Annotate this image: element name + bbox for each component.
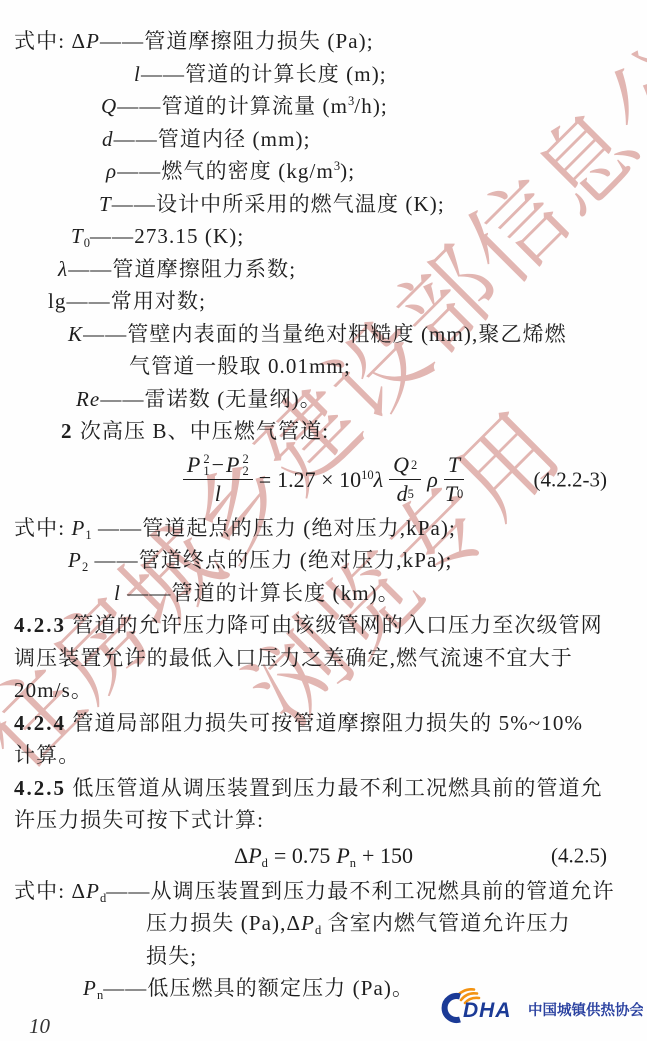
text-line: 4.2.4 管道局部阻力损失可按管道摩擦阻力损失的 5%~10% <box>6 707 641 740</box>
text-segment: ——管道终点的压力 (绝对压力,kPa); <box>88 548 452 572</box>
text-line: d——管道内径 (mm); <box>6 123 641 156</box>
subscript: 1 <box>203 465 209 477</box>
variable: P <box>248 843 261 868</box>
text-segment: 式中: <box>14 516 71 540</box>
text-line: λ——管道摩擦阻力系数; <box>6 253 641 286</box>
pn-term: Pn <box>336 843 356 869</box>
text-line: Q——管道的计算流量 (m3/h); <box>6 90 641 123</box>
text-segment: ——管道内径 (mm); <box>114 127 311 151</box>
pressure-fraction: P21 − P22 l <box>183 452 253 507</box>
variable: λ <box>58 257 68 281</box>
formula-expression: ΔPd = 0.75 Pn + 150 <box>234 843 413 869</box>
text-segment: ); <box>340 159 355 183</box>
text-segment: 含室内燃气管道允许压力 <box>321 911 570 935</box>
variable: T <box>448 452 460 478</box>
variable: K <box>68 322 83 346</box>
symbol-definition-block-3: 式中: ΔPd——从调压装置到压力最不利工况燃具前的管道允许压力损失 (Pa),… <box>6 875 641 1005</box>
text-segment: ——设计中所采用的燃气温度 (K); <box>112 192 445 216</box>
variable: P <box>226 452 239 478</box>
text-line: 20m/s。 <box>6 674 641 707</box>
variable: P <box>71 516 85 540</box>
temperature-fraction: T T0 <box>444 452 464 507</box>
page-number: 10 <box>29 1014 50 1039</box>
equals-sign: = <box>259 467 271 493</box>
text-line: 式中: ΔPd——从调压装置到压力最不利工况燃具前的管道允许 <box>6 875 641 908</box>
logo-abbr-text: DHA <box>463 999 512 1022</box>
text-line: T——设计中所采用的燃气温度 (K); <box>6 188 641 221</box>
text-line: 式中: P1 ——管道起点的压力 (绝对压力,kPa); <box>6 512 641 545</box>
variable: Q <box>101 94 117 118</box>
flow-fraction: Q2 d5 <box>389 452 421 507</box>
text-segment: ——管道的计算长度 (m); <box>141 62 387 86</box>
variable: P <box>336 843 349 868</box>
variable: l <box>114 581 121 605</box>
variable: d <box>102 127 114 151</box>
text-segment: 管道局部阻力损失可按管道摩擦阻力损失的 5%~10% <box>66 711 583 735</box>
text-segment: ——273.15 (K); <box>90 224 244 248</box>
text-line: T0——273.15 (K); <box>6 220 641 253</box>
document-page: 住房城乡建设部信息公开 浏览专用 式中: ΔP——管道摩擦阻力损失 (Pa);l… <box>0 0 647 1041</box>
text-segment: 许压力损失可按下式计算: <box>14 808 264 832</box>
text-segment: 损失; <box>146 944 197 968</box>
text-line: 4.2.3 管道的允许压力降可由该级管网的入口压力至次级管网 <box>6 609 641 642</box>
text-segment: /h); <box>354 94 388 118</box>
text-line: K——管壁内表面的当量绝对粗糙度 (mm),聚乙烯燃 <box>6 318 641 351</box>
text-segment: ——管壁内表面的当量绝对粗糙度 (mm),聚乙烯燃 <box>83 322 567 346</box>
text-segment: 次高压 B、中压燃气管道: <box>74 419 330 443</box>
section-number: 2 <box>61 419 74 443</box>
text-segment: 低压管道从调压装置到压力最不利工况燃具前的管道允 <box>66 776 603 800</box>
delta: Δ <box>234 843 248 868</box>
formula-4-2-5: ΔPd = 0.75 Pn + 150 (4.2.5) <box>6 837 641 875</box>
variable: Re <box>76 387 100 411</box>
logo-org-text: 中国城镇供热协会 <box>528 1001 643 1019</box>
text-line: 气管道一般取 0.01mm; <box>6 350 641 383</box>
coefficient: 1.27 × 1010λ <box>277 467 383 493</box>
text-line: 4.2.5 低压管道从调压装置到压力最不利工况燃具前的管道允 <box>6 772 641 805</box>
text-segment: ——管道的计算长度 (km)。 <box>121 581 400 605</box>
variable: P <box>86 29 100 53</box>
symbol-definition-block-2: 式中: P1 ——管道起点的压力 (绝对压力,kPa);P2 ——管道终点的压力… <box>6 512 641 837</box>
minus-operator: − <box>212 452 224 478</box>
text-segment: ——从调压装置到压力最不利工况燃具前的管道允许 <box>106 879 614 903</box>
variable: P <box>68 548 82 572</box>
variable: l <box>134 62 141 86</box>
sup-sub-stack: 21 <box>203 453 209 477</box>
equation-number: (4.2.5) <box>551 843 607 868</box>
text-segment: 20m/s。 <box>14 678 93 702</box>
section-number: 4.2.4 <box>14 711 66 735</box>
page-footer: 10 DHA 中国城镇供热协会 <box>0 989 647 1041</box>
text-line: l ——管道的计算长度 (km)。 <box>6 577 641 610</box>
equals-coefficient: = 0.75 <box>274 843 330 869</box>
sup-sub-stack: 22 <box>243 453 249 477</box>
formula-4-2-2-3: P21 − P22 l = 1.27 × 1010λ Q2 d5 ρ T T0 <box>6 448 641 512</box>
subscript: n <box>350 856 356 870</box>
document-body: 式中: ΔP——管道摩擦阻力损失 (Pa);l——管道的计算长度 (m);Q——… <box>0 0 647 1005</box>
text-segment: ——管道摩擦阻力系数; <box>68 257 296 281</box>
text-line: 损失; <box>6 940 641 973</box>
text-segment: ——管道摩擦阻力损失 (Pa); <box>100 29 374 53</box>
variable: P <box>187 452 200 478</box>
variable: P <box>86 879 100 903</box>
text-line: P2 ——管道终点的压力 (绝对压力,kPa); <box>6 544 641 577</box>
text-segment: 调压装置允许的最低入口压力之差确定,燃气流速不宜大于 <box>14 646 573 670</box>
equation-number: (4.2.2-3) <box>534 467 607 492</box>
variable: Q <box>393 452 409 478</box>
text-segment: ——管道的计算流量 (m <box>117 94 348 118</box>
formula-expression: P21 − P22 l = 1.27 × 1010λ Q2 d5 ρ T T0 <box>183 452 464 507</box>
text-line: l——管道的计算长度 (m); <box>6 58 641 91</box>
variable: P <box>301 911 315 935</box>
lambda-variable: λ <box>374 467 384 492</box>
text-line: 式中: ΔP——管道摩擦阻力损失 (Pa); <box>6 25 641 58</box>
variable: ρ <box>106 159 117 183</box>
subscript: d <box>262 856 268 870</box>
variable: T <box>71 224 84 248</box>
text-line: 压力损失 (Pa),ΔPd 含室内燃气管道允许压力 <box>6 907 641 940</box>
text-segment: 式中: Δ <box>14 29 86 53</box>
text-line: 许压力损失可按下式计算: <box>6 804 641 837</box>
rho-variable: ρ <box>427 467 438 493</box>
text-segment: ——管道起点的压力 (绝对压力,kPa); <box>92 516 456 540</box>
variable: T <box>445 481 457 507</box>
text-segment: 气管道一般取 0.01mm; <box>129 354 351 378</box>
text-segment: 计算。 <box>14 743 80 767</box>
subscript: 2 <box>243 465 249 477</box>
symbol-definition-block-1: 式中: ΔP——管道摩擦阻力损失 (Pa);l——管道的计算长度 (m);Q——… <box>6 25 641 448</box>
text-segment: 管道的允许压力降可由该级管网的入口压力至次级管网 <box>66 613 603 637</box>
text-segment: lg——常用对数; <box>48 289 206 313</box>
text-line: 计算。 <box>6 739 641 772</box>
section-number: 4.2.3 <box>14 613 66 637</box>
plus-constant: + 150 <box>362 843 413 869</box>
text-line: 2 次高压 B、中压燃气管道: <box>6 415 641 448</box>
section-number: 4.2.5 <box>14 776 66 800</box>
text-line: ρ——燃气的密度 (kg/m3); <box>6 155 641 188</box>
text-segment: ——燃气的密度 (kg/m <box>117 159 334 183</box>
text-line: lg——常用对数; <box>6 285 641 318</box>
logo-c-swoosh-icon <box>445 996 460 1020</box>
exponent: 10 <box>361 468 374 482</box>
variable: l <box>215 481 221 507</box>
text-segment: ——雷诺数 (无量纲)。 <box>100 387 321 411</box>
coefficient-text: 1.27 × 10 <box>277 467 361 492</box>
text-segment: 式中: Δ <box>14 879 86 903</box>
text-segment: 压力损失 (Pa),Δ <box>146 911 301 935</box>
variable: T <box>99 192 112 216</box>
text-line: 调压装置允许的最低入口压力之差确定,燃气流速不宜大于 <box>6 642 641 675</box>
text-line: Re——雷诺数 (无量纲)。 <box>6 383 641 416</box>
variable: d <box>397 481 408 507</box>
cdha-logo: DHA 中国城镇供热协会 <box>438 988 643 1033</box>
delta-p-term: ΔPd <box>234 843 268 869</box>
